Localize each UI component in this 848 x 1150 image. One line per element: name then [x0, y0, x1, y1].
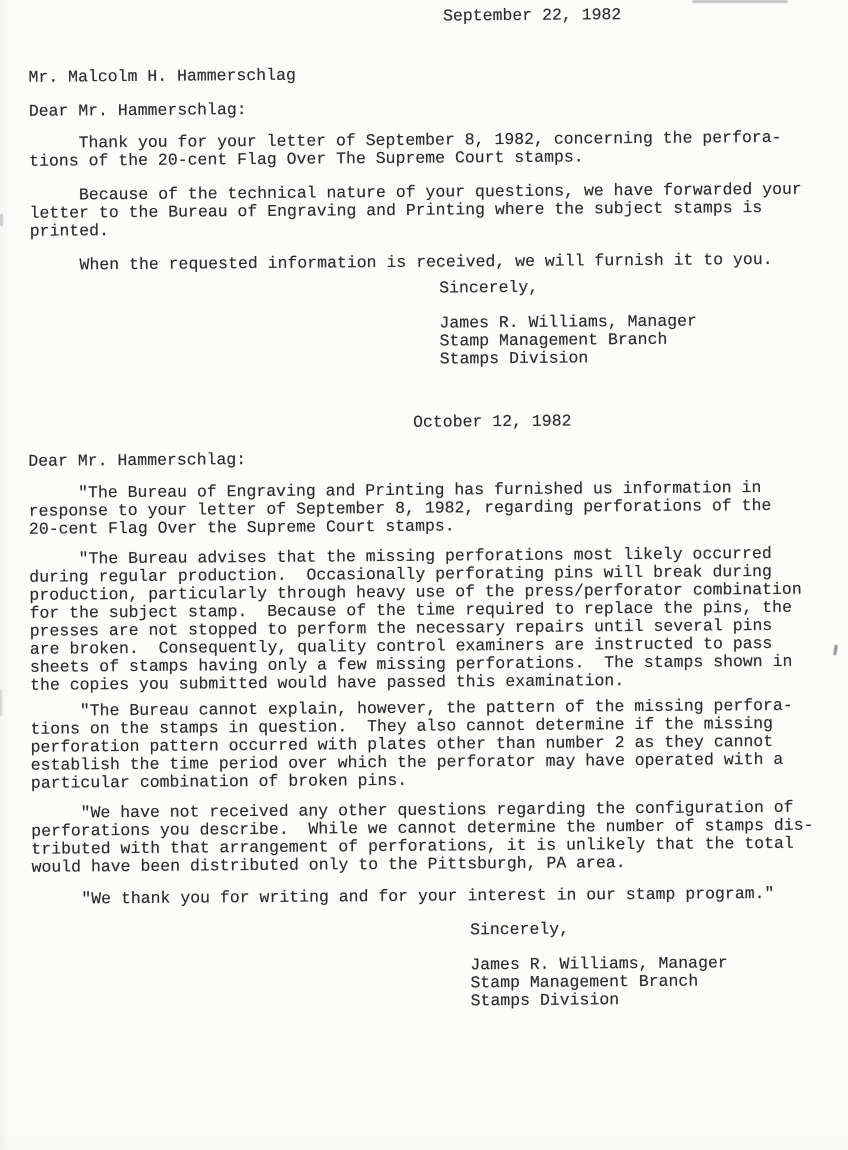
body-paragraph: "We have not received any other question…	[31, 799, 814, 877]
recipient-name: Mr. Malcolm H. Hammerschlag	[28, 67, 295, 87]
letter-date: October 12, 1982	[413, 413, 572, 432]
body-paragraph: "The Bureau of Engraving and Printing ha…	[29, 479, 772, 539]
body-paragraph: When the requested information is receiv…	[30, 251, 773, 275]
signature-block: James R. Williams, Manager Stamp Managem…	[439, 313, 697, 369]
salutation: Dear Mr. Hammerschlag:	[29, 101, 247, 121]
scanned-letter-page: September 22, 1982 Mr. Malcolm H. Hammer…	[0, 0, 848, 1150]
body-paragraph: "The Bureau cannot explain, however, the…	[30, 697, 793, 793]
closing: Sincerely,	[439, 279, 538, 298]
signature-block: James R. Williams, Manager Stamp Managem…	[470, 954, 728, 1010]
body-paragraph: Because of the technical nature of your …	[29, 181, 802, 241]
body-paragraph: Thank you for your letter of September 8…	[29, 129, 782, 171]
body-paragraph: "We thank you for writing and for your i…	[32, 885, 775, 909]
letter-date: September 22, 1982	[443, 6, 621, 25]
letter-october: October 12, 1982 Dear Mr. Hammerschlag: …	[0, 410, 848, 1027]
closing: Sincerely,	[470, 921, 569, 940]
scan-smudge-artifact	[692, 0, 788, 3]
letter-september: September 22, 1982 Mr. Malcolm H. Hammer…	[0, 4, 848, 401]
salutation: Dear Mr. Hammerschlag:	[28, 451, 246, 471]
body-paragraph: "The Bureau advises that the missing per…	[29, 545, 802, 695]
